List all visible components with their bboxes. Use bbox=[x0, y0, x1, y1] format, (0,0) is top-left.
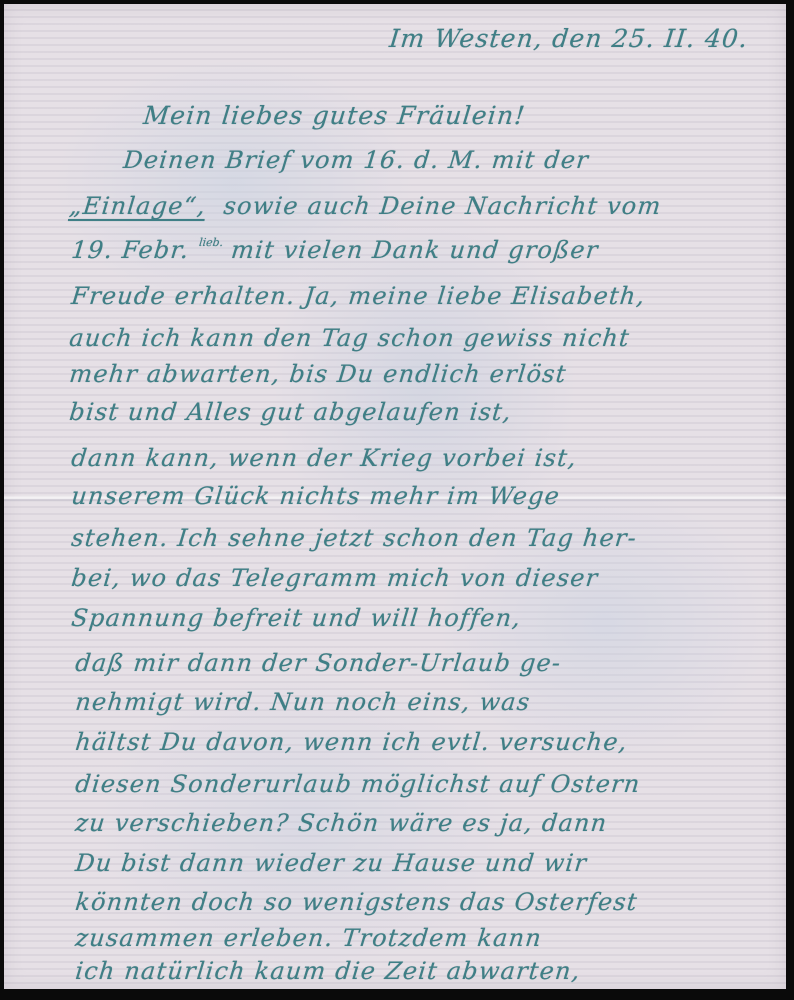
body-line-17: zu verschieben? Schön wäre es ja, dann bbox=[74, 809, 609, 837]
body-line-8: dann kann, wenn der Krieg vorbei ist, bbox=[70, 444, 578, 472]
body-line-3-date: 19. Febr. bbox=[70, 236, 200, 264]
body-line-1: Deinen Brief vom 16. d. M. mit der bbox=[122, 146, 591, 174]
body-line-21: ich natürlich kaum die Zeit abwarten, bbox=[74, 957, 582, 985]
body-line-16: diesen Sonderurlaub möglichst auf Ostern bbox=[74, 770, 642, 798]
letter-page: Im Westen, den 25. II. 40. Mein liebes g… bbox=[4, 4, 786, 989]
body-line-9: unserem Glück nichts mehr im Wege bbox=[70, 482, 562, 510]
superscript-insertion: lieb. bbox=[198, 236, 223, 249]
body-line-18: Du bist dann wieder zu Hause und wir bbox=[74, 849, 589, 877]
body-line-2-text: sowie auch Deine Nachricht vom bbox=[222, 192, 663, 220]
body-line-6: mehr abwarten, bis Du endlich erlöst bbox=[68, 360, 568, 388]
body-line-14: nehmigt wird. Nun noch eins, was bbox=[74, 688, 532, 716]
place-date-line: Im Westen, den 25. II. 40. bbox=[388, 24, 750, 53]
body-line-10: stehen. Ich sehne jetzt schon den Tag he… bbox=[70, 524, 638, 552]
body-line-5: auch ich kann den Tag schon gewiss nicht bbox=[68, 324, 631, 352]
salutation: Mein liebes gutes Fräulein! bbox=[142, 101, 527, 130]
body-line-15: hältst Du davon, wenn ich evtl. versuche… bbox=[74, 728, 629, 756]
body-line-19: könnten doch so wenigstens das Osterfest bbox=[74, 888, 639, 916]
body-line-2: „Einlage“, sowie auch Deine Nachricht vo… bbox=[68, 192, 663, 220]
body-line-13: daß mir dann der Sonder-Urlaub ge- bbox=[74, 649, 563, 677]
body-line-3-text: mit vielen Dank und großer bbox=[230, 236, 600, 264]
body-line-7: bist und Alles gut abgelaufen ist, bbox=[68, 398, 513, 426]
body-line-11: bei, wo das Telegramm mich von dieser bbox=[70, 564, 600, 592]
body-line-4: Freude erhalten. Ja, meine liebe Elisabe… bbox=[70, 282, 647, 310]
body-line-20: zusammen erleben. Trotzdem kann bbox=[74, 924, 543, 952]
body-line-3: 19. Febr. lieb. mit vielen Dank und groß… bbox=[70, 236, 600, 264]
underlined-word-einlage: „Einlage“, bbox=[68, 192, 207, 220]
body-line-12: Spannung befreit und will hoffen, bbox=[70, 604, 523, 632]
